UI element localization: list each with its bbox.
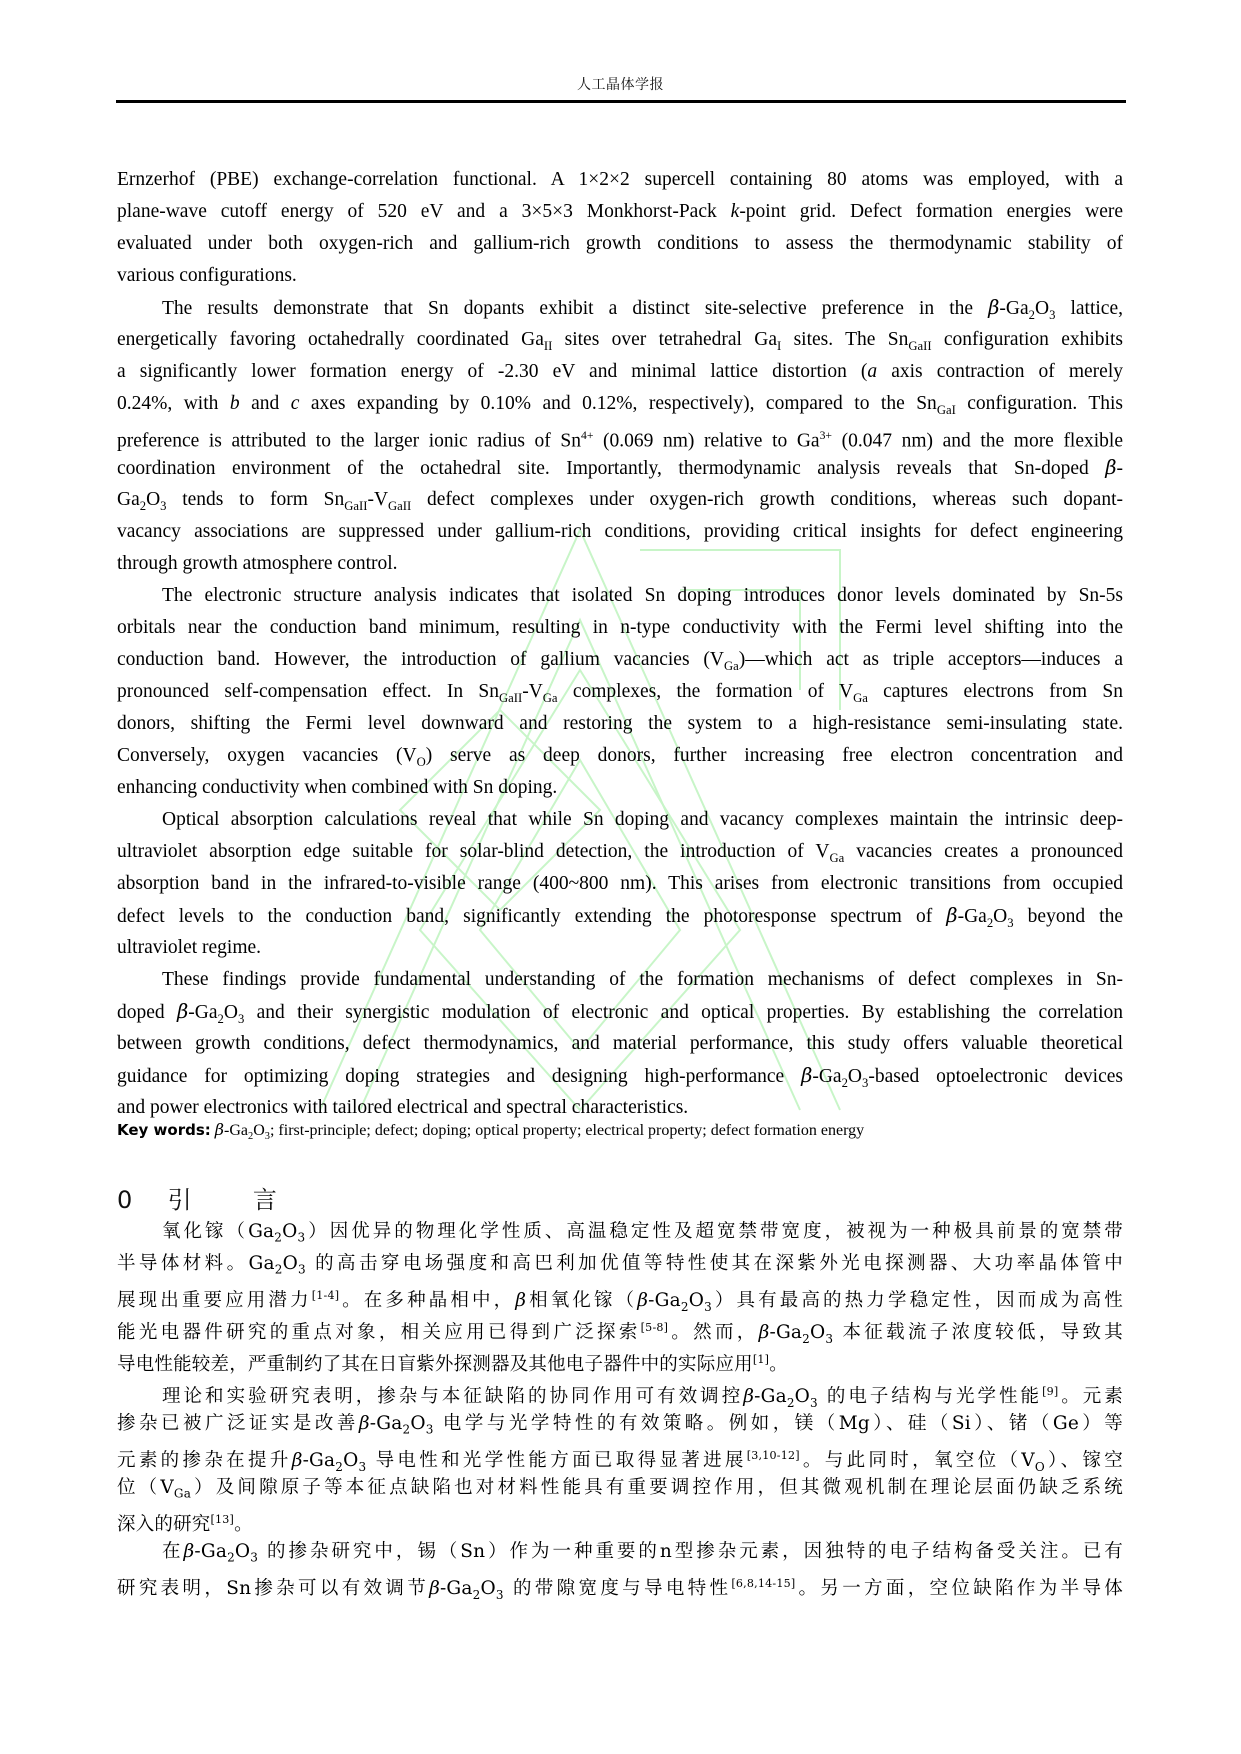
header-rule — [116, 100, 1126, 103]
abstract-line: Ernzerhof (PBE) exchange-correlation fun… — [117, 168, 1123, 192]
abstract-line: orbitals near the conduction band minimu… — [117, 616, 1123, 640]
abstract-line: coordination environment of the octahedr… — [117, 456, 1123, 481]
abstract-line: The electronic structure analysis indica… — [162, 584, 1123, 608]
intro-line: 半导体材料。Ga2O3 的高击穿电场强度和高巴利加优值等特性使其在深紫外光电探测… — [117, 1252, 1123, 1282]
intro-line: 元素的掺杂在提升β-Ga2O3 导电性和光学性能方面已取得显著进展[3,10-1… — [117, 1444, 1123, 1479]
abstract-line: guidance for optimizing doping strategie… — [117, 1064, 1123, 1095]
abstract-line: donors, shifting the Fermi level downwar… — [117, 712, 1123, 736]
intro-line: 能光电器件研究的重点对象，相关应用已得到广泛探索[5-8]。然而，β-Ga2O3… — [117, 1316, 1123, 1351]
keywords: Key words: β-Ga2O3; first-principle; def… — [117, 1120, 864, 1142]
abstract-line: between growth conditions, defect thermo… — [117, 1032, 1123, 1056]
intro-line: 导电性能较差，严重制约了其在日盲紫外探测器及其他电子器件中的实际应用[1]。 — [117, 1348, 1123, 1377]
intro-line: 理论和实验研究表明，掺杂与本征缺陷的协同作用可有效调控β-Ga2O3 的电子结构… — [162, 1380, 1123, 1415]
keywords-label: Key words: — [117, 1121, 211, 1139]
abstract-line: various configurations. — [117, 264, 1123, 288]
abstract-line: evaluated under both oxygen-rich and gal… — [117, 232, 1123, 256]
journal-header-title: 人工晶体学报 — [0, 74, 1241, 94]
abstract-line: absorption band in the infrared-to-visib… — [117, 872, 1123, 896]
abstract-line: ultraviolet absorption edge suitable for… — [117, 840, 1123, 870]
abstract-line: Conversely, oxygen vacancies (VO) serve … — [117, 744, 1123, 774]
abstract-line: and power electronics with tailored elec… — [117, 1096, 1123, 1120]
section-title-char-2: 言 — [253, 1180, 279, 1215]
abstract-line: The results demonstrate that Sn dopants … — [162, 296, 1123, 327]
abstract-line: 0.24%, with b and c axes expanding by 0.… — [117, 392, 1123, 422]
intro-line: 展现出重要应用潜力[1-4]。在多种晶相中，β相氧化镓（β-Ga2O3）具有最高… — [117, 1284, 1123, 1319]
abstract-line: Ga2O3 tends to form SnGaII-VGaII defect … — [117, 488, 1123, 518]
intro-line: 在β-Ga2O3 的掺杂研究中，锡（Sn）作为一种重要的n型掺杂元素，因独特的电… — [162, 1540, 1123, 1570]
section-heading-introduction: 0 引 言 — [117, 1180, 279, 1215]
intro-line: 位（VGa）及间隙原子等本征点缺陷也对材料性能具有重要调控作用，但其微观机制在理… — [117, 1476, 1123, 1506]
abstract-line: energetically favoring octahedrally coor… — [117, 328, 1123, 358]
section-number: 0 — [117, 1186, 134, 1214]
abstract-line: defect levels to the conduction band, si… — [117, 904, 1123, 935]
abstract-line: conduction band. However, the introducti… — [117, 648, 1123, 678]
abstract-line: pronounced self-compensation effect. In … — [117, 680, 1123, 710]
section-title-char-1: 引 — [168, 1180, 194, 1215]
abstract-line: vacancy associations are suppressed unde… — [117, 520, 1123, 544]
abstract-line: doped β-Ga2O3 and their synergistic modu… — [117, 1000, 1123, 1031]
abstract-line: a significantly lower formation energy o… — [117, 360, 1123, 384]
paper-page: 人工晶体学报 Ernzerhof (PBE) exchange-correlat… — [0, 0, 1241, 1754]
intro-line: 氧化镓（Ga2O3）因优异的物理化学性质、高温稳定性及超宽禁带宽度，被视为一种极… — [162, 1220, 1123, 1250]
abstract-line: enhancing conductivity when combined wit… — [117, 776, 1123, 800]
abstract-line: preference is attributed to the larger i… — [117, 424, 1123, 454]
abstract-line: These findings provide fundamental under… — [162, 968, 1123, 992]
intro-line: 掺杂已被广泛证实是改善β-Ga2O3 电学与光学特性的有效策略。例如，镁（Mg）… — [117, 1412, 1123, 1442]
intro-line: 深入的研究[13]。 — [117, 1508, 1123, 1537]
keywords-text: β-Ga2O3; first-principle; defect; doping… — [215, 1122, 864, 1139]
abstract-line: ultraviolet regime. — [117, 936, 1123, 960]
abstract-line: through growth atmosphere control. — [117, 552, 1123, 576]
abstract-line: Optical absorption calculations reveal t… — [162, 808, 1123, 832]
intro-line: 研究表明，Sn掺杂可以有效调节β-Ga2O3 的带隙宽度与导电特性[6,8,14… — [117, 1572, 1123, 1607]
abstract-line: plane-wave cutoff energy of 520 eV and a… — [117, 200, 1123, 224]
